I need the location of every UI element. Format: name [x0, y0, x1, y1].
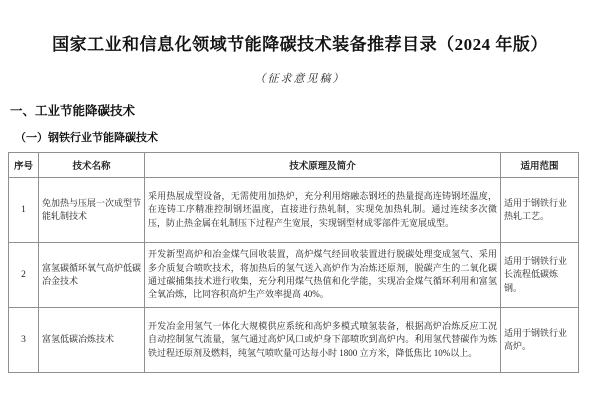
- header-cell-principle: 技术原理及简介: [145, 153, 501, 178]
- section-heading: 一、工业节能降碳技术: [10, 101, 600, 119]
- technology-name-cell: 富氢低碳冶炼技术: [39, 308, 145, 373]
- technology-description-cell: 开发冶金用氢气一体化大规模供应系统和高炉多模式喷氢装备，根据高炉冶炼反应工况自动…: [145, 308, 501, 373]
- document-page: 国家工业和信息化领域节能降碳技术装备推荐目录（2024 年版） （征求意见稿） …: [0, 0, 600, 400]
- applicable-scope-cell: 适用于钢铁行业热轧工艺。: [501, 178, 579, 243]
- table-row: 3 富氢低碳冶炼技术 开发冶金用氢气一体化大规模供应系统和高炉多模式喷氢装备，根…: [9, 308, 579, 373]
- table-body: 1 免加热与压展一次成型节能轧制技术 采用热展成型设备，无需使用加热炉，充分利用…: [9, 178, 579, 373]
- technology-description-cell: 采用热展成型设备，无需使用加热炉，充分利用熔融态钢坯的热量提高连铸钢坯温度，在连…: [145, 178, 501, 243]
- applicable-scope-cell: 适用于钢铁行业高炉。: [501, 308, 579, 373]
- technology-name-cell: 免加热与压展一次成型节能轧制技术: [39, 178, 145, 243]
- table-header: 序号 技术名称 技术原理及简介 适用范围: [9, 153, 579, 178]
- row-number-cell: 2: [9, 243, 39, 308]
- technology-name-cell: 富氢碳循环氧气高炉低碳冶金技术: [39, 243, 145, 308]
- row-number-cell: 1: [9, 178, 39, 243]
- applicable-scope-cell: 适用于钢铁行业长流程低碳炼钢。: [501, 243, 579, 308]
- header-cell-scope: 适用范围: [501, 153, 579, 178]
- document-subtitle: （征求意见稿）: [0, 70, 600, 86]
- table-row: 2 富氢碳循环氧气高炉低碳冶金技术 开发新型高炉和冶金煤气回收装置，高炉煤气经回…: [9, 243, 579, 308]
- technology-description-cell: 开发新型高炉和冶金煤气回收装置，高炉煤气经回收装置进行脱碳处理变成氢气、采用多介…: [145, 243, 501, 308]
- document-title: 国家工业和信息化领域节能降碳技术装备推荐目录（2024 年版）: [0, 0, 600, 55]
- row-number-cell: 3: [9, 308, 39, 373]
- technology-catalog-table: 序号 技术名称 技术原理及简介 适用范围 1 免加热与压展一次成型节能轧制技术 …: [8, 152, 579, 373]
- subsection-heading: （一）钢铁行业节能降碳技术: [15, 129, 600, 145]
- table-row: 1 免加热与压展一次成型节能轧制技术 采用热展成型设备，无需使用加热炉，充分利用…: [9, 178, 579, 243]
- header-cell-name: 技术名称: [39, 153, 145, 178]
- header-cell-number: 序号: [9, 153, 39, 178]
